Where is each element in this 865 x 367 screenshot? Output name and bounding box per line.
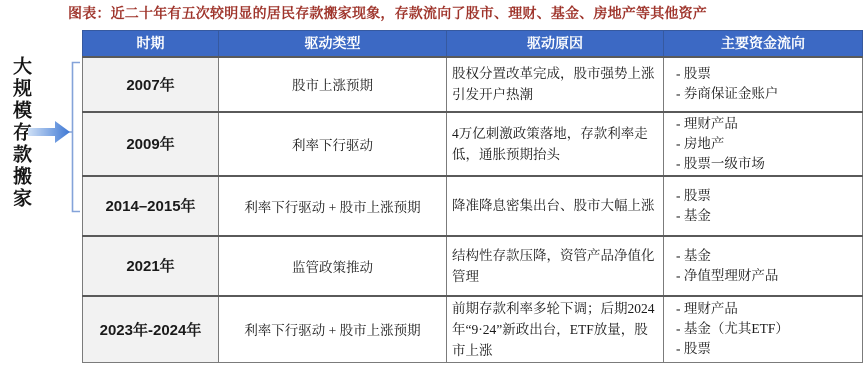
col-header-flows: 主要资金流向 (664, 31, 863, 57)
cell-reason: 降准降息密集出台、股市大幅上涨 (447, 176, 664, 236)
deposit-migration-table: 时期 驱动类型 驱动原因 主要资金流向 2007年 股市上涨预期 股权分置改革完… (82, 30, 863, 363)
flow-item: - 净值型理财产品 (676, 266, 858, 286)
cell-period: 2009年 (83, 112, 219, 176)
cell-drive-type: 监管政策推动 (219, 236, 447, 296)
figure-canvas: 图表：近二十年有五次较明显的居民存款搬家现象，存款流向了股市、理财、基金、房地产… (0, 0, 865, 367)
bracket-shape (67, 63, 80, 212)
cell-flows: - 理财产品 - 基金（尤其ETF） - 股票 (664, 296, 863, 363)
flow-item: - 基金 (676, 206, 858, 226)
cell-reason: 前期存款利率多轮下调；后期2024年“9·24”新政出台，ETF放量，股市上涨 (447, 296, 664, 363)
table-row-2023-2024: 2023年-2024年 利率下行驱动 + 股市上涨预期 前期存款利率多轮下调；后… (83, 296, 863, 363)
cell-period: 2007年 (83, 57, 219, 112)
table-row-2014-2015: 2014–2015年 利率下行驱动 + 股市上涨预期 降准降息密集出台、股市大幅… (83, 176, 863, 236)
cell-drive-type: 股市上涨预期 (219, 57, 447, 112)
cell-period: 2023年-2024年 (83, 296, 219, 363)
header-row: 时期 驱动类型 驱动原因 主要资金流向 (83, 31, 863, 57)
cell-drive-type: 利率下行驱动 + 股市上涨预期 (219, 296, 447, 363)
cell-drive-type: 利率下行驱动 (219, 112, 447, 176)
flow-item: - 基金 (676, 246, 858, 266)
col-header-period: 时期 (83, 31, 219, 57)
flow-item: - 基金（尤其ETF） (676, 319, 858, 339)
cell-period: 2021年 (83, 236, 219, 296)
flow-item: - 券商保证金账户 (676, 84, 858, 104)
cell-flows: - 股票 - 券商保证金账户 (664, 57, 863, 112)
table-row-2009: 2009年 利率下行驱动 4万亿刺激政策落地，存款利率走低，通胀预期抬头 - 理… (83, 112, 863, 176)
flow-item: - 股票 (676, 186, 858, 206)
col-header-reason: 驱动原因 (447, 31, 664, 57)
table-row-2007: 2007年 股市上涨预期 股权分置改革完成，股市强势上涨引发开户热潮 - 股票 … (83, 57, 863, 112)
flow-item: - 股票 (676, 64, 858, 84)
cell-period: 2014–2015年 (83, 176, 219, 236)
flow-item: - 股票 (676, 339, 858, 359)
side-label: 大规模存款搬家 (9, 56, 31, 220)
flow-item: - 股票一级市场 (676, 154, 858, 174)
cell-reason: 股权分置改革完成，股市强势上涨引发开户热潮 (447, 57, 664, 112)
cell-flows: - 股票 - 基金 (664, 176, 863, 236)
col-header-drive-type: 驱动类型 (219, 31, 447, 57)
figure-caption: 图表：近二十年有五次较明显的居民存款搬家现象，存款流向了股市、理财、基金、房地产… (68, 3, 858, 23)
flow-item: - 理财产品 (676, 114, 858, 134)
cell-drive-type: 利率下行驱动 + 股市上涨预期 (219, 176, 447, 236)
flow-item: - 房地产 (676, 134, 858, 154)
cell-flows: - 理财产品 - 房地产 - 股票一级市场 (664, 112, 863, 176)
cell-reason: 结构性存款压降，资管产品净值化管理 (447, 236, 664, 296)
arrow-icon (28, 121, 70, 143)
cell-flows: - 基金 - 净值型理财产品 (664, 236, 863, 296)
cell-reason: 4万亿刺激政策落地，存款利率走低，通胀预期抬头 (447, 112, 664, 176)
table-row-2021: 2021年 监管政策推动 结构性存款压降，资管产品净值化管理 - 基金 - 净值… (83, 236, 863, 296)
flow-item: - 理财产品 (676, 299, 858, 319)
